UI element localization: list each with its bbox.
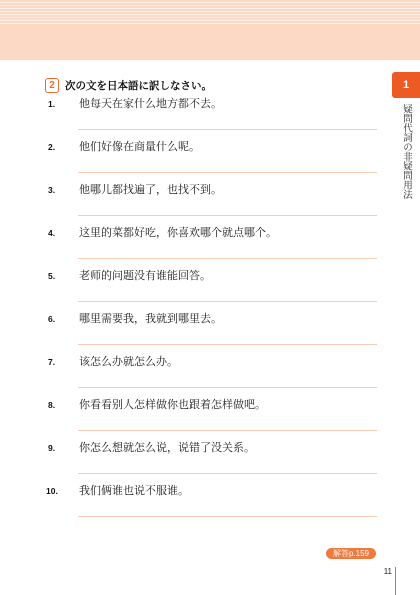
item-number: 7. [48,355,74,369]
answer-line[interactable] [78,258,377,259]
question-number-badge: 2 [45,78,59,93]
chapter-tab: 1 [392,72,420,98]
question-instruction: 次の文を日本語に訳しなさい。 [65,78,212,93]
item-number: 5. [48,269,74,283]
item-sentence: 该怎么办就怎么办。 [79,355,178,369]
answer-line[interactable] [78,129,377,130]
answer-line[interactable] [78,301,377,302]
item-sentence: 他哪儿都找遍了，也找不到。 [79,183,222,197]
answer-line[interactable] [78,215,377,216]
item-sentence: 我们俩谁也说不服谁。 [79,484,189,498]
answer-reference-badge[interactable]: 解答p.159 [326,548,376,559]
item-sentence: 他们好像在商量什么呢。 [79,140,200,154]
header-stripes [0,0,420,24]
item-sentence: 这里的菜都好吃，你喜欢哪个就点哪个。 [79,226,277,240]
item-number: 8. [48,398,74,412]
answer-line[interactable] [78,172,377,173]
exercise-item: 8. 你看看别人怎样做你也跟着怎样做吧。 [0,398,420,441]
exercise-item: 10. 我们俩谁也说不服谁。 [0,484,420,527]
item-number: 3. [48,183,74,197]
exercise-item: 1. 他每天在家什么地方都不去。 [0,97,420,140]
answer-line[interactable] [78,473,377,474]
item-sentence: 他每天在家什么地方都不去。 [79,97,222,111]
item-sentence: 你怎么想就怎么说，说错了没关系。 [79,441,255,455]
item-number: 10. [46,484,72,498]
item-sentence: 老师的问题没有谁能回答。 [79,269,211,283]
item-number: 4. [48,226,74,240]
exercise-item: 2. 他们好像在商量什么呢。 [0,140,420,183]
exercise-item: 6. 哪里需要我，我就到哪里去。 [0,312,420,355]
item-number: 1. [48,97,74,111]
item-sentence: 哪里需要我，我就到哪里去。 [79,312,222,326]
exercise-item: 9. 你怎么想就怎么说，说错了没关系。 [0,441,420,484]
exercise-item: 4. 这里的菜都好吃，你喜欢哪个就点哪个。 [0,226,420,269]
page-margin-rule [395,567,396,595]
item-number: 6. [48,312,74,326]
item-sentence: 你看看别人怎样做你也跟着怎样做吧。 [79,398,266,412]
answer-line[interactable] [78,387,377,388]
item-number: 9. [48,441,74,455]
exercise-item: 7. 该怎么办就怎么办。 [0,355,420,398]
item-number: 2. [48,140,74,154]
exercise-item: 5. 老师的问题没有谁能回答。 [0,269,420,312]
answer-line[interactable] [78,430,377,431]
page-header-band [0,0,420,60]
answer-line[interactable] [78,344,377,345]
question-heading: 2 次の文を日本語に訳しなさい。 [45,77,212,93]
answer-line[interactable] [78,516,377,517]
page-number: 11 [378,567,392,576]
exercise-item: 3. 他哪儿都找遍了，也找不到。 [0,183,420,226]
